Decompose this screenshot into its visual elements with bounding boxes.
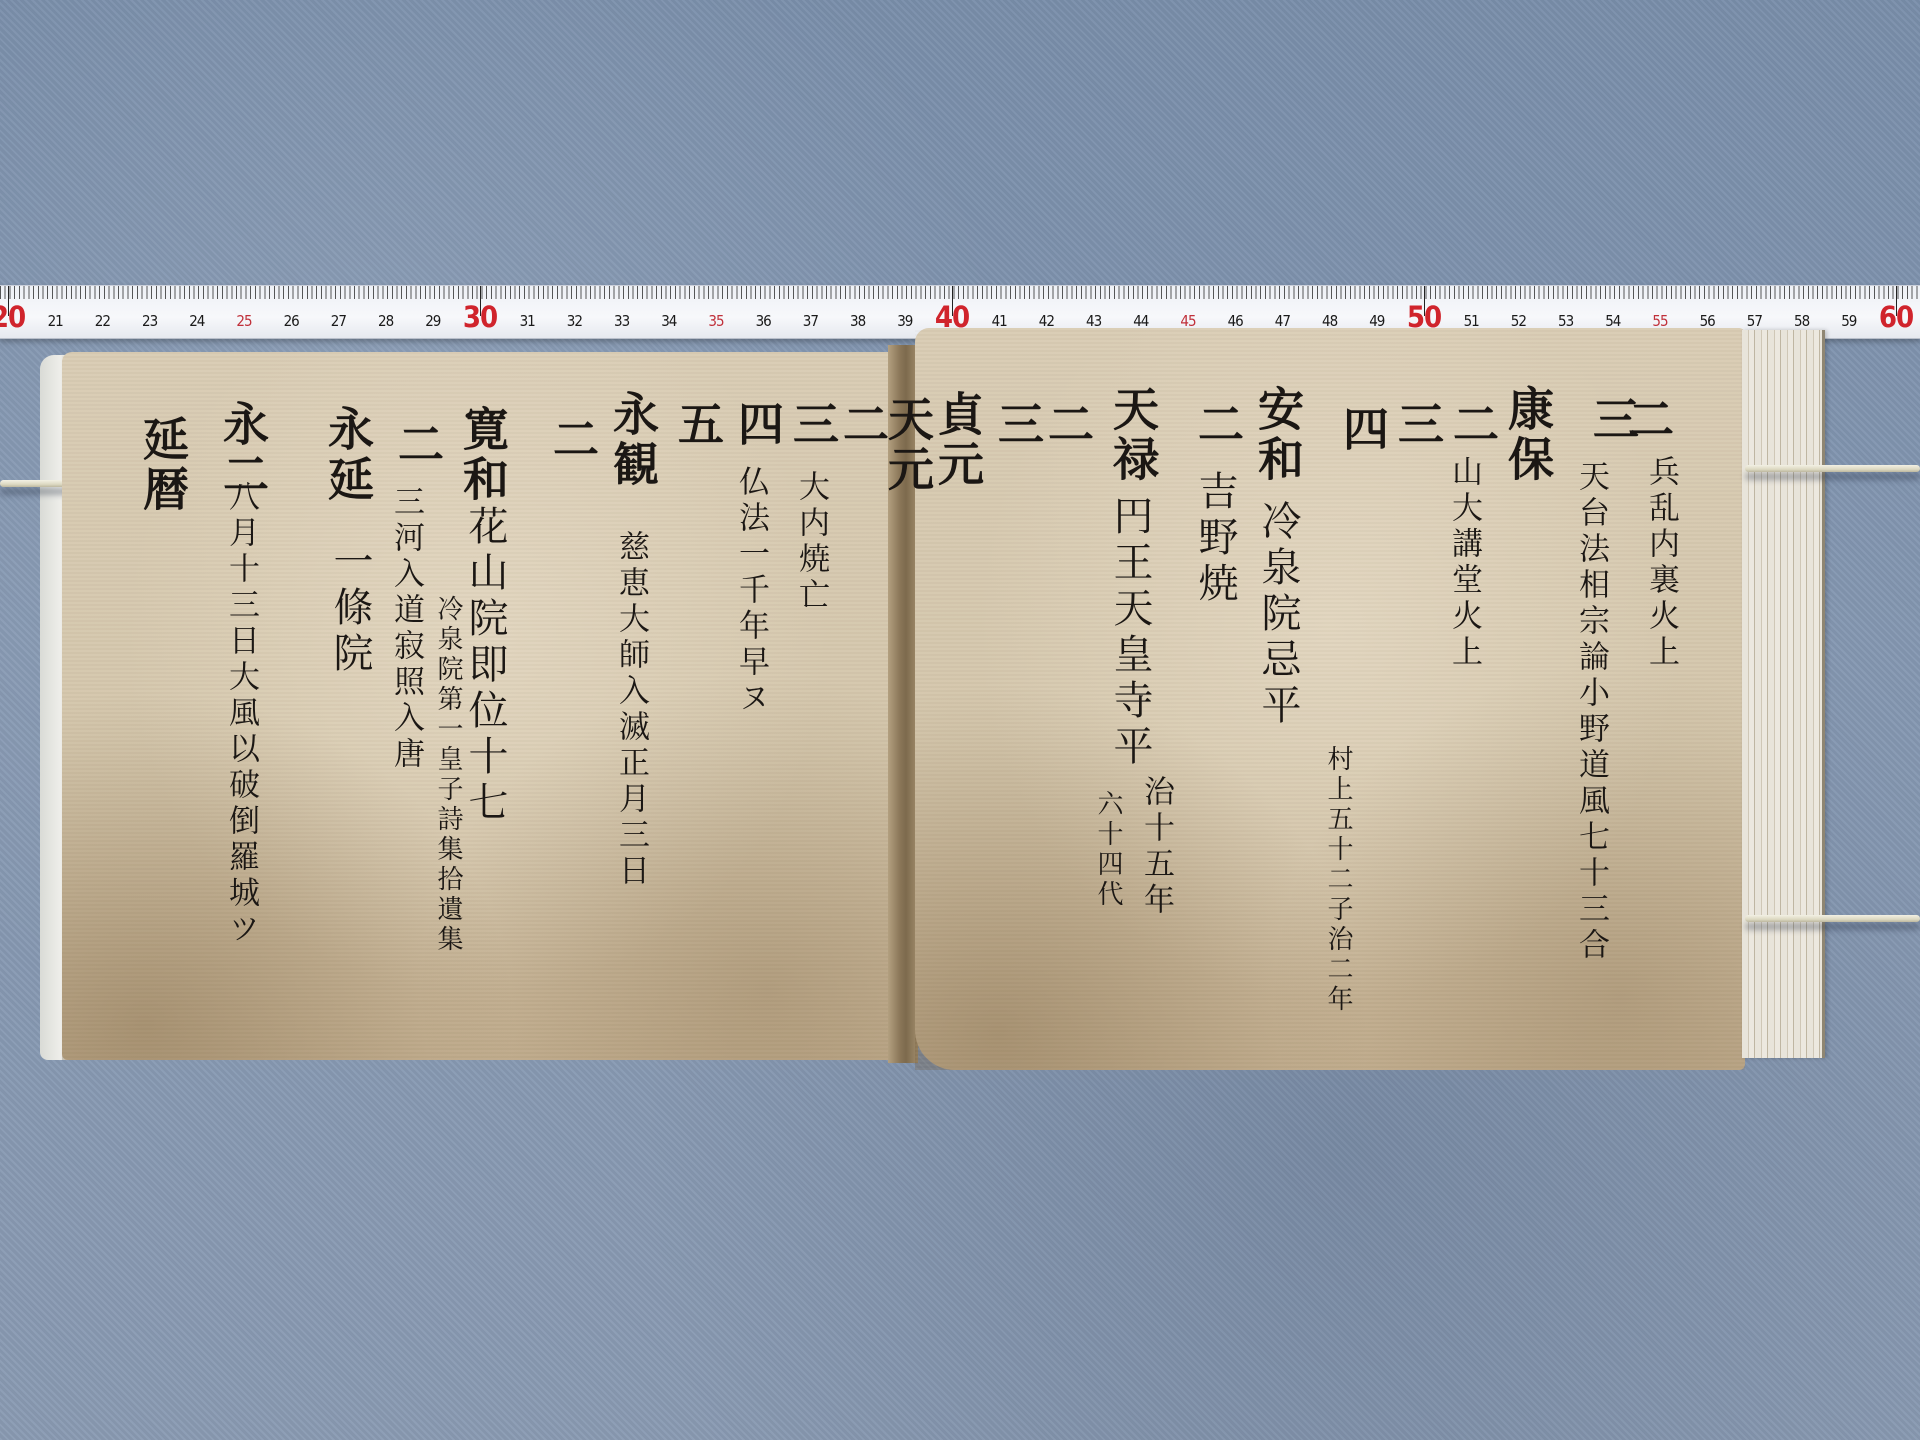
text-column: 八月十三日大風以破倒羅城ツ (225, 480, 256, 948)
text-column: 慈恵大師入滅正月三日 (615, 530, 646, 890)
text-column: 三 (1590, 395, 1636, 445)
bamboo-stick-upper-right (1745, 465, 1920, 472)
text-column: 二 (550, 415, 596, 465)
open-booklet: 二 兵乱内裏火上 三 天台法相宗論小野道風七十三合 康保 二 山大講堂火上 三 … (0, 0, 1920, 1440)
text-column: 一條院 (330, 540, 370, 678)
bamboo-stick-lower-right (1745, 915, 1920, 922)
text-column: 吉野焼 (1195, 470, 1235, 608)
page-stack-edge (1742, 330, 1825, 1058)
text-column: 天台法相宗論小野道風七十三合 (1575, 460, 1606, 964)
text-column: 冷泉院第一皇子詩集拾遺集 (435, 595, 461, 955)
text-column: 兵乱内裏火上 (1645, 455, 1676, 671)
text-column: 二 (1045, 400, 1091, 450)
text-column: 三 (790, 400, 836, 450)
text-column: 村上五十二子治二年 (1325, 745, 1351, 1015)
text-column: 治十五年 (1140, 775, 1171, 919)
text-column: 天元 (885, 395, 931, 495)
text-column: 二 (1450, 400, 1496, 450)
text-column: 冷泉院忌平 (1258, 500, 1298, 730)
text-column: 永延 (325, 405, 371, 505)
text-column: 三 (995, 400, 1041, 450)
text-column: 山大講堂火上 (1448, 455, 1479, 671)
text-column: 寛和 (460, 405, 506, 505)
text-column: 五 (675, 400, 721, 450)
text-column: 安和 (1255, 385, 1301, 485)
text-column: 天禄 (1110, 385, 1156, 485)
bamboo-stick-left (0, 480, 70, 487)
text-column: 仏法一千年早ヌ (735, 465, 766, 717)
text-column: 四 (1340, 405, 1386, 455)
text-column: 四 (735, 400, 781, 450)
text-column: 二 (395, 420, 441, 470)
text-column: 康保 (1505, 385, 1551, 485)
text-column: 六十四代 (1095, 790, 1121, 910)
text-column: 大内焼亡 (795, 470, 826, 614)
text-column: 三 (1395, 400, 1441, 450)
text-column: 三河入道寂照入唐 (390, 485, 421, 773)
text-column: 花山院即位十七 (465, 505, 505, 827)
text-column: 円王天皇寺平 (1110, 495, 1150, 771)
text-column: 延暦 (140, 415, 186, 515)
text-column: 二 (840, 400, 886, 450)
text-column: 貞元 (935, 390, 981, 490)
text-column: 永観 (610, 390, 656, 490)
text-column: 二 (1195, 400, 1241, 450)
